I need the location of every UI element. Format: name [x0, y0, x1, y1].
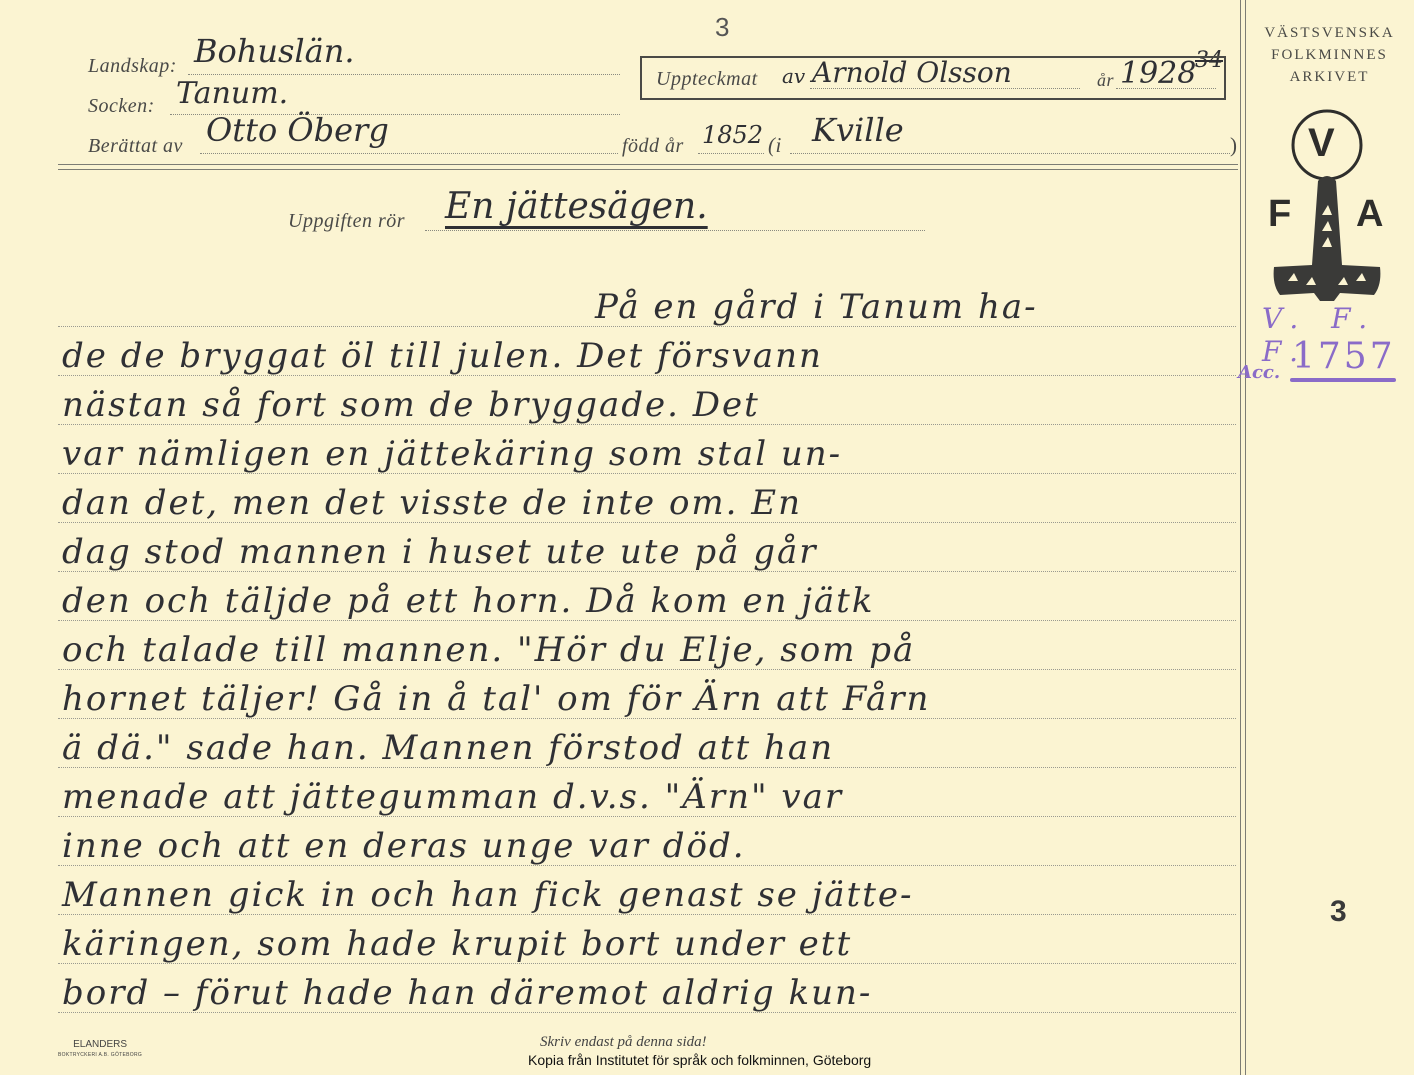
- berattat-av-field: Otto Öberg: [200, 131, 618, 154]
- landskap-field: Bohuslän.: [188, 52, 620, 75]
- recorded-av: av: [782, 64, 805, 88]
- vfa-logo: V F A: [1262, 105, 1392, 305]
- landskap-value: Bohuslän.: [194, 32, 355, 70]
- archive-title-line-3: ARKIVET: [1252, 66, 1407, 88]
- body-line-12: inne och att en deras unge var död.: [62, 826, 746, 866]
- subject-field: En jättesägen.: [425, 208, 925, 231]
- body-line-14: käringen, som hade krupit bort under ett: [62, 924, 852, 964]
- fodd-ar-label: född år: [622, 135, 684, 158]
- header-divider-1: [58, 164, 1238, 165]
- archive-title-line-2: FOLKMINNES: [1252, 44, 1407, 66]
- margin-divider-2: [1245, 0, 1246, 1075]
- landskap-label: Landskap:: [88, 55, 177, 78]
- socken-value: Tanum.: [176, 76, 288, 111]
- header-divider-2: [58, 169, 1238, 170]
- margin-divider-1: [1240, 0, 1241, 1075]
- body-line-3: nästan så fort som de bryggade. Det: [62, 385, 760, 425]
- body-line-2: de de bryggat öl till julen. Det försvan…: [62, 336, 823, 376]
- stamp-number: 1757: [1292, 336, 1396, 377]
- body-line-11: menade att jättegumman d.v.s. "Ärn" var: [62, 777, 843, 817]
- fodd-ar-field: 1852: [698, 131, 764, 154]
- berattat-av-value: Otto Öberg: [206, 111, 389, 149]
- footer-note: Skriv endast på denna sida!: [540, 1034, 707, 1051]
- page-number-top: 3: [715, 12, 729, 43]
- recorder-dotline: [810, 88, 1080, 89]
- subject-label: Uppgiften rör: [288, 210, 405, 233]
- recorded-by-box: Uppteckmat av Arnold Olsson år 1928: [640, 56, 1226, 100]
- fodd-ar-value: 1852: [702, 121, 763, 149]
- fodd-place-field: Kville: [790, 131, 1230, 154]
- subject-value: En jättesägen.: [445, 186, 708, 227]
- fodd-place-prefix: (i: [768, 133, 782, 158]
- logo-letter-a: A: [1356, 193, 1383, 236]
- archive-title: VÄSTSVENSKA FOLKMINNES ARKIVET: [1252, 22, 1407, 88]
- body-line-8: och talade till mannen. "Hör du Elje, so…: [62, 630, 915, 670]
- body-line-6: dag stod mannen i huset ute ute på går: [62, 532, 818, 572]
- printer-mark: ELANDERS BOKTRYCKERI A.B. GÖTEBORG: [58, 1040, 142, 1060]
- body-line-5: dan det, men det visste de inte om. En: [62, 483, 802, 523]
- logo-letter-v: V: [1308, 121, 1335, 166]
- printer-sub: BOKTRYCKERI A.B. GÖTEBORG: [58, 1050, 142, 1060]
- body-line-7: den och täljde på ett horn. Då kom en jä…: [62, 581, 874, 621]
- recorded-year: 1928: [1120, 56, 1196, 91]
- berattat-av-label: Berättat av: [88, 135, 183, 158]
- recorded-label: Uppteckmat: [656, 68, 758, 91]
- body-line-15: bord – förut hade han däremot aldrig kun…: [62, 973, 872, 1013]
- socken-label: Socken:: [88, 95, 155, 118]
- body-line-9: hornet täljer! Gå in å tal' om för Ärn a…: [62, 679, 930, 719]
- year-label: år: [1097, 70, 1114, 91]
- body-line-1: På en gård i Tanum ha-: [595, 287, 1038, 327]
- logo-letter-f: F: [1268, 193, 1291, 236]
- recorder-name: Arnold Olsson: [812, 56, 1012, 89]
- stamp-prefix: Acc.: [1238, 362, 1280, 383]
- side-page-number: 3: [1330, 895, 1347, 929]
- body-line-4: var nämligen en jättekäring som stal un-: [62, 434, 842, 474]
- body-line-13: Mannen gick in och han fick genast se jä…: [62, 875, 913, 915]
- year-dotline: [1116, 88, 1216, 89]
- fodd-place-suffix: ): [1230, 133, 1238, 158]
- archive-title-line-1: VÄSTSVENSKA: [1252, 22, 1407, 44]
- stamp-underline: [1290, 378, 1396, 382]
- body-line-10: ä dä." sade han. Mannen förstod att han: [62, 728, 834, 768]
- copy-notice: Kopia från Institutet för språk och folk…: [528, 1052, 871, 1068]
- fodd-place-value: Kville: [812, 111, 904, 149]
- printer-name: ELANDERS: [58, 1040, 142, 1050]
